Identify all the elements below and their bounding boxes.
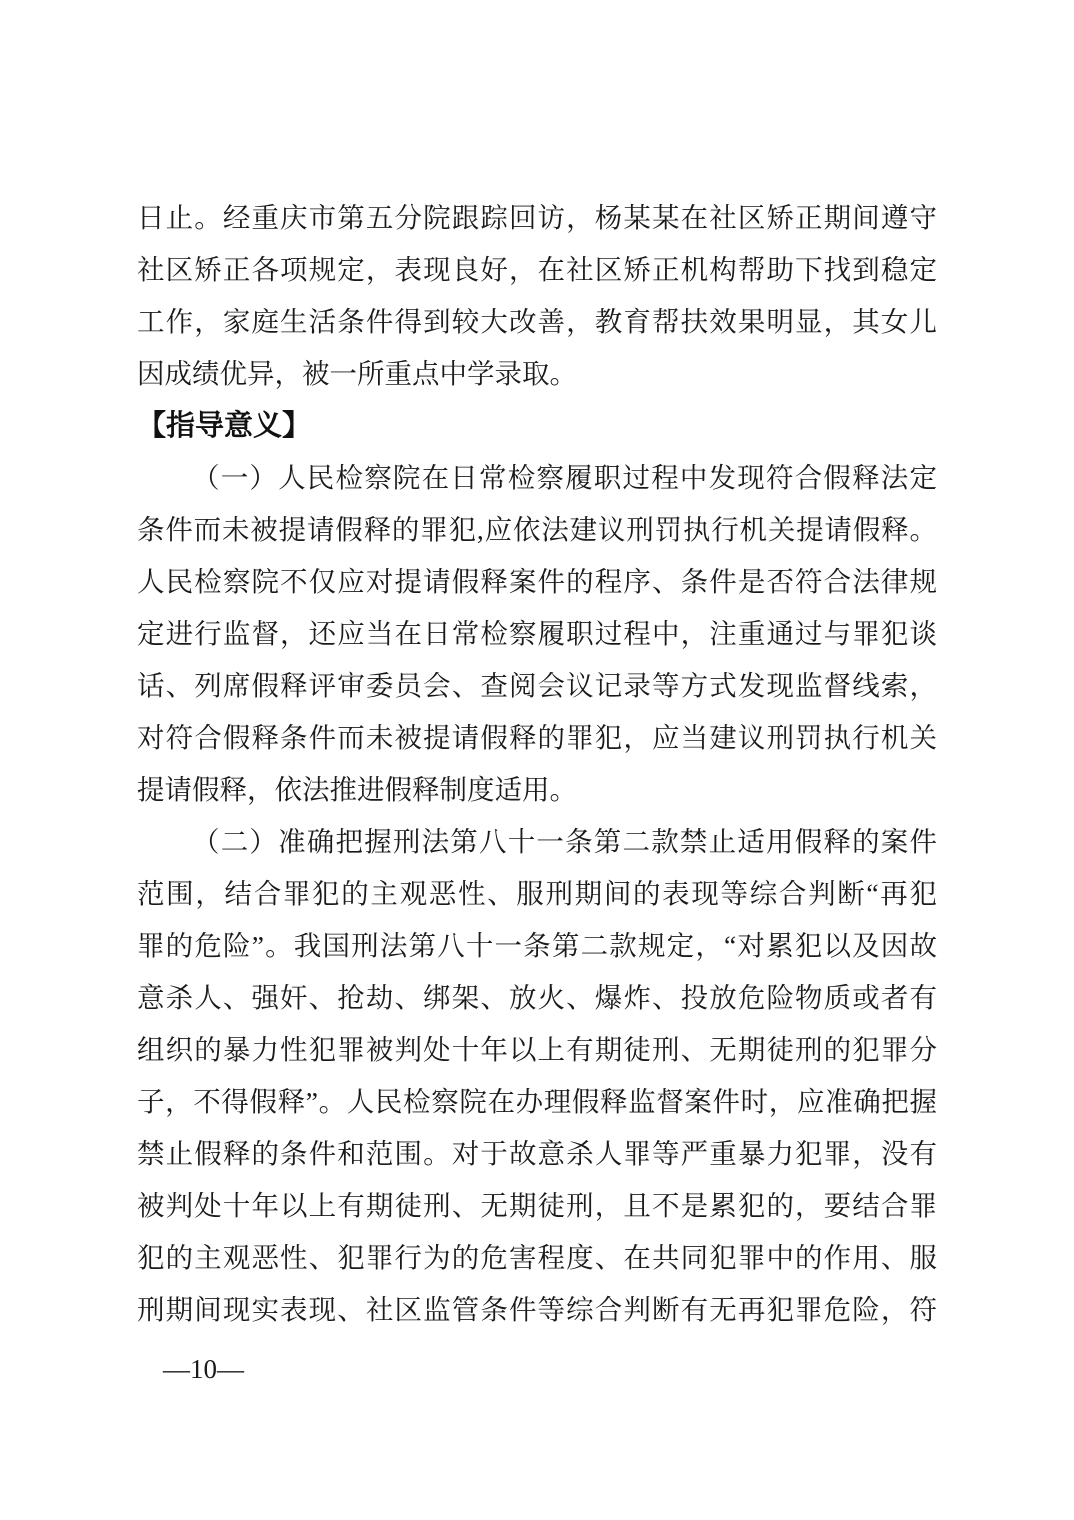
text-line: 人民检察院不仅应对提请假释案件的程序、条件是否符合法律规 [137, 556, 937, 608]
text-line: 范围，结合罪犯的主观恶性、服刑期间的表现等综合判断“再犯 [137, 868, 937, 920]
document-page: 日止。经重庆市第五分院跟踪回访，杨某某在社区矫正期间遵守 社区矫正各项规定，表现… [0, 0, 1074, 1520]
text-line: 组织的暴力性犯罪被判处十年以上有期徒刑、无期徒刑的犯罪分 [137, 1024, 937, 1076]
text-line: 因成绩优异，被一所重点中学录取。 [137, 348, 937, 400]
page-number: —10— [163, 1348, 244, 1390]
text-line: 条件而未被提请假释的罪犯,应依法建议刑罚执行机关提请假释。 [137, 504, 937, 556]
text-line: 罪的危险”。我国刑法第八十一条第二款规定，“对累犯以及因故 [137, 920, 937, 972]
paragraph-point-two: （二）准确把握刑法第八十一条第二款禁止适用假释的案件 范围，结合罪犯的主观恶性、… [137, 816, 937, 1336]
text-line: 犯的主观恶性、犯罪行为的危害程度、在共同犯罪中的作用、服 [137, 1232, 937, 1284]
section-heading: 【指导意义】 [137, 400, 937, 452]
text-line: 社区矫正各项规定，表现良好，在社区矫正机构帮助下找到稳定 [137, 244, 937, 296]
text-line: 子，不得假释”。人民检察院在办理假释监督案件时，应准确把握 [137, 1076, 937, 1128]
text-line: 刑期间现实表现、社区监管条件等综合判断有无再犯罪危险，符 [137, 1284, 937, 1336]
text-line: 提请假释，依法推进假释制度适用。 [137, 764, 937, 816]
text-line: 对符合假释条件而未被提请假释的罪犯，应当建议刑罚执行机关 [137, 712, 937, 764]
body-text: 日止。经重庆市第五分院跟踪回访，杨某某在社区矫正期间遵守 社区矫正各项规定，表现… [137, 192, 937, 1336]
text-line: 工作，家庭生活条件得到较大改善，教育帮扶效果明显，其女儿 [137, 296, 937, 348]
text-line: 被判处十年以上有期徒刑、无期徒刑，且不是累犯的，要结合罪 [137, 1180, 937, 1232]
text-line: 话、列席假释评审委员会、查阅会议记录等方式发现监督线索， [137, 660, 937, 712]
continuation-paragraph: 日止。经重庆市第五分院跟踪回访，杨某某在社区矫正期间遵守 社区矫正各项规定，表现… [137, 192, 937, 400]
text-line: 定进行监督，还应当在日常检察履职过程中，注重通过与罪犯谈 [137, 608, 937, 660]
text-line: 禁止假释的条件和范围。对于故意杀人罪等严重暴力犯罪，没有 [137, 1128, 937, 1180]
paragraph-point-one: （一）人民检察院在日常检察履职过程中发现符合假释法定 条件而未被提请假释的罪犯,… [137, 452, 937, 816]
text-line: （二）准确把握刑法第八十一条第二款禁止适用假释的案件 [137, 816, 937, 868]
text-line: 意杀人、强奸、抢劫、绑架、放火、爆炸、投放危险物质或者有 [137, 972, 937, 1024]
text-line: （一）人民检察院在日常检察履职过程中发现符合假释法定 [137, 452, 937, 504]
text-line: 日止。经重庆市第五分院跟踪回访，杨某某在社区矫正期间遵守 [137, 192, 937, 244]
